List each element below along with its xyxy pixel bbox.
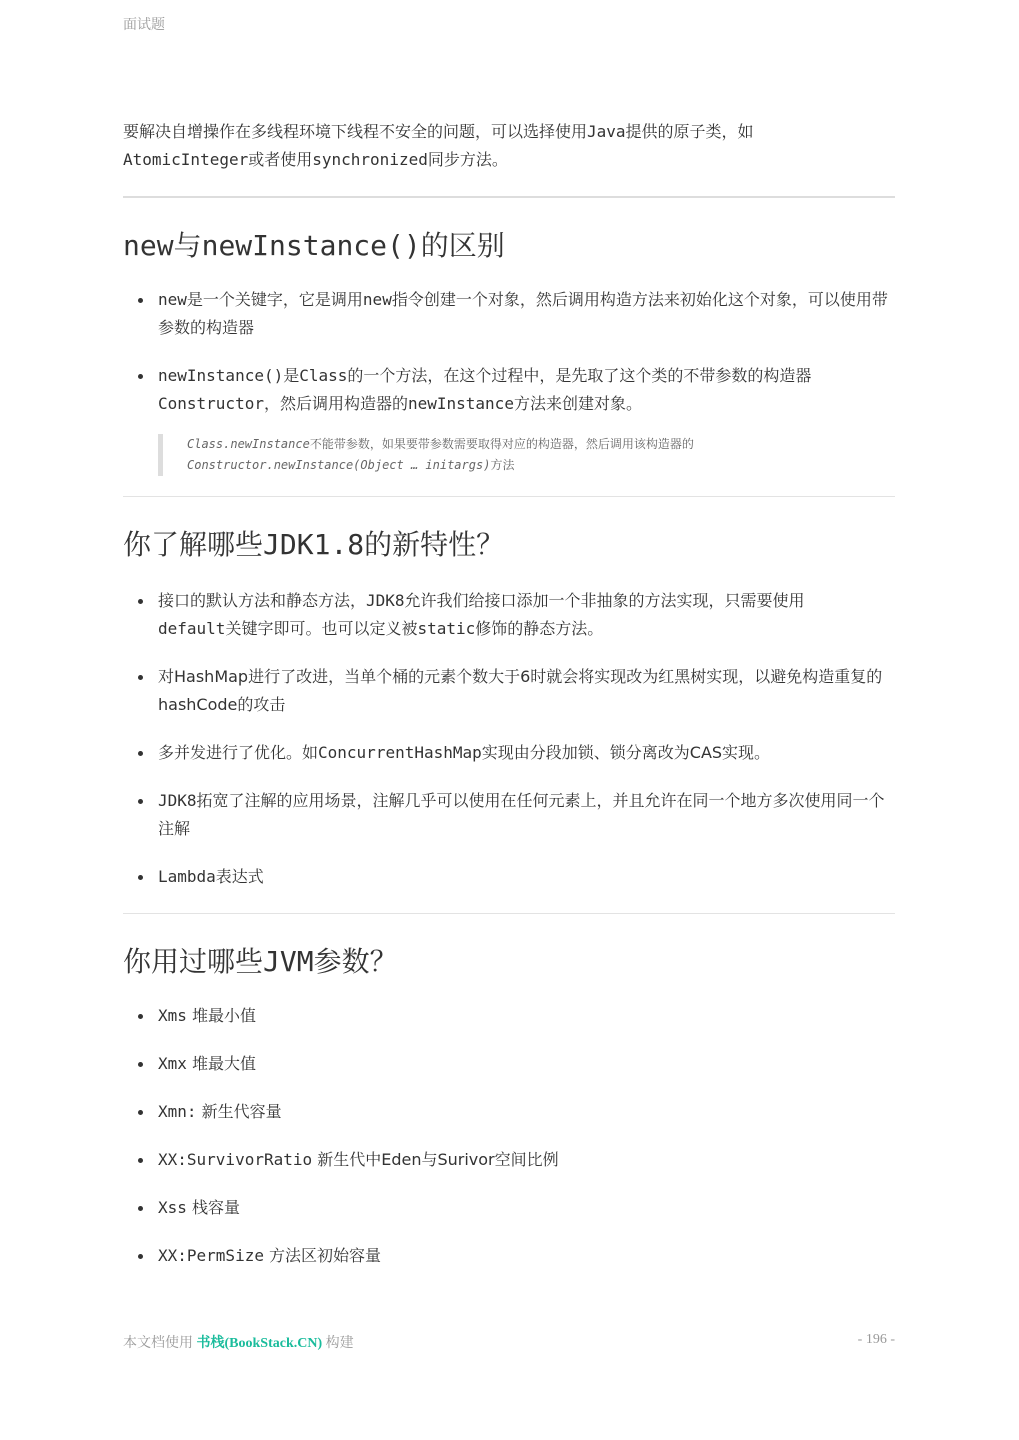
section-heading-jdk8-features: 你了解哪些JDK1.8的新特性？	[123, 525, 895, 565]
text: 实现由分段加锁、锁分离改为CAS实现。	[482, 743, 770, 762]
text: 或者使用	[248, 150, 312, 169]
text: 拓宽了注解的应用场景，注解几乎可以使用在任何元素上，并且允许在同一个地方多次使用…	[158, 791, 885, 838]
list-item: Xmx 堆最大值	[123, 1050, 895, 1078]
bullet-icon	[138, 1110, 143, 1115]
inline-code: default	[158, 619, 225, 638]
heading-code: newInstance()	[202, 229, 421, 262]
intro-paragraph: 要解决自增操作在多线程环境下线程不安全的问题，可以选择使用Java提供的原子类，…	[123, 118, 895, 174]
inline-code: AtomicInteger	[123, 150, 248, 169]
list-item: JDK8拓宽了注解的应用场景，注解几乎可以使用在任何元素上，并且允许在同一个地方…	[123, 787, 895, 843]
list-item: new是一个关键字，它是调用new指令创建一个对象，然后调用构造方法来初始化这个…	[123, 286, 895, 342]
inline-code: newInstance()	[158, 366, 283, 385]
text: 同步方法。	[428, 150, 508, 169]
bullet-icon	[138, 298, 143, 303]
bullet-icon	[138, 1158, 143, 1163]
section-heading-new-vs-newinstance: new与newInstance()的区别	[123, 226, 895, 266]
bullet-icon	[138, 751, 143, 756]
bullet-icon	[138, 799, 143, 804]
section-heading-jvm-params: 你用过哪些JVM参数？	[123, 942, 895, 982]
heading-text: 你用过哪些	[123, 945, 263, 978]
list-item: Xss 栈容量	[123, 1194, 895, 1222]
inline-code: XX:SurvivorRatio	[158, 1150, 312, 1169]
inline-code: Java	[587, 122, 626, 141]
inline-code: new	[158, 290, 187, 309]
bullet-icon	[138, 675, 143, 680]
bullet-icon	[138, 599, 143, 604]
bullet-icon	[138, 1206, 143, 1211]
list-item: Lambda表达式	[123, 863, 895, 891]
heading-text: 的新特性？	[364, 528, 504, 561]
text: 表达式	[216, 867, 264, 886]
note-blockquote: Class.newInstance不能带参数，如果要带参数需要取得对应的构造器，…	[158, 434, 895, 476]
inline-code: Xms	[158, 1006, 187, 1025]
heading-text: 你了解哪些	[123, 528, 263, 561]
list-item: newInstance()是Class的一个方法，在这个过程中，是先取了这个类的…	[123, 362, 895, 418]
list-item: 对HashMap进行了改进，当单个桶的元素个数大于6时就会将实现改为红黑树实现，…	[123, 663, 895, 719]
bullet-list: 接口的默认方法和静态方法，JDK8允许我们给接口添加一个非抽象的方法实现，只需要…	[123, 587, 895, 891]
bullet-icon	[138, 374, 143, 379]
divider	[123, 913, 895, 914]
inline-code: Class.newInstance	[187, 437, 310, 451]
text: ，然后调用构造器的	[264, 394, 408, 413]
inline-code: synchronized	[312, 150, 428, 169]
bullet-icon	[138, 1062, 143, 1067]
footer-text: 构建	[322, 1336, 354, 1351]
text: 允许我们给接口添加一个非抽象的方法实现，只需要使用	[405, 591, 805, 610]
text: 是	[283, 366, 299, 385]
inline-code: JDK8	[158, 791, 197, 810]
text: 修饰的静态方法。	[475, 619, 603, 638]
list-item: 接口的默认方法和静态方法，JDK8允许我们给接口添加一个非抽象的方法实现，只需要…	[123, 587, 895, 643]
text: 对HashMap进行了改进，当单个桶的元素个数大于6时就会将实现改为红黑树实现，…	[158, 667, 882, 714]
text: 方法来创建对象。	[514, 394, 642, 413]
text: 新生代中Eden与Surivor空间比例	[312, 1150, 559, 1169]
text: 不能带参数，如果要带参数需要取得对应的构造器，然后调用该构造器的	[310, 437, 694, 451]
text: 提供的原子类，如	[626, 122, 754, 141]
inline-code: static	[417, 619, 475, 638]
text: 方法	[490, 458, 514, 472]
page-footer: 本文档使用 书栈(BookStack.CN) 构建 - 196 -	[123, 1332, 895, 1352]
bullet-list: new是一个关键字，它是调用new指令创建一个对象，然后调用构造方法来初始化这个…	[123, 286, 895, 418]
bullet-icon	[138, 1014, 143, 1019]
text: 方法区初始容量	[264, 1246, 381, 1265]
heading-text: 与	[174, 229, 202, 262]
footer-text: 本文档使用	[123, 1336, 197, 1351]
heading-text: 参数？	[314, 945, 398, 978]
bookstack-link[interactable]: 书栈(BookStack.CN)	[197, 1336, 323, 1351]
text: 堆最大值	[187, 1054, 256, 1073]
list-item: XX:SurvivorRatio 新生代中Eden与Surivor空间比例	[123, 1146, 895, 1174]
inline-code: Xmx	[158, 1054, 187, 1073]
list-item: Xmn: 新生代容量	[123, 1098, 895, 1126]
list-item: XX:PermSize 方法区初始容量	[123, 1242, 895, 1270]
divider	[123, 496, 895, 497]
text: 接口的默认方法和静态方法，	[158, 591, 366, 610]
page-number: - 196 -	[858, 1332, 895, 1348]
inline-code: Lambda	[158, 867, 216, 886]
text: 堆最小值	[187, 1006, 256, 1025]
bullet-icon	[138, 875, 143, 880]
heading-code: JVM	[263, 945, 314, 978]
inline-code: Xmn:	[158, 1102, 197, 1121]
heading-text: 的区别	[421, 229, 505, 262]
inline-code: JDK8	[366, 591, 405, 610]
heading-code: JDK1.8	[263, 528, 364, 561]
running-header: 面试题	[123, 14, 165, 34]
inline-code: XX:PermSize	[158, 1246, 264, 1265]
list-item: Xms 堆最小值	[123, 1002, 895, 1030]
text: 栈容量	[187, 1198, 240, 1217]
text: 的一个方法，在这个过程中，是先取了这个类的不带参数的构造器	[347, 366, 811, 385]
inline-code: Xss	[158, 1198, 187, 1217]
list-item: 多并发进行了优化。如ConcurrentHashMap实现由分段加锁、锁分离改为…	[123, 739, 895, 767]
inline-code: new	[363, 290, 392, 309]
bullet-icon	[138, 1254, 143, 1259]
inline-code: ConcurrentHashMap	[318, 743, 482, 762]
text: 是一个关键字，它是调用	[187, 290, 363, 309]
text: 关键字即可。也可以定义被	[225, 619, 417, 638]
inline-code: Class	[299, 366, 347, 385]
inline-code: Constructor	[158, 394, 264, 413]
inline-code: Constructor.newInstance(Object … initarg…	[187, 458, 490, 472]
text: 新生代容量	[197, 1102, 282, 1121]
bullet-list: Xms 堆最小值 Xmx 堆最大值 Xmn: 新生代容量 XX:Survivor…	[123, 1002, 895, 1270]
divider	[123, 196, 895, 198]
inline-code: newInstance	[408, 394, 514, 413]
text: 要解决自增操作在多线程环境下线程不安全的问题，可以选择使用	[123, 122, 587, 141]
text: 多并发进行了优化。如	[158, 743, 318, 762]
document-content: 要解决自增操作在多线程环境下线程不安全的问题，可以选择使用Java提供的原子类，…	[123, 118, 895, 1270]
heading-code: new	[123, 229, 174, 262]
